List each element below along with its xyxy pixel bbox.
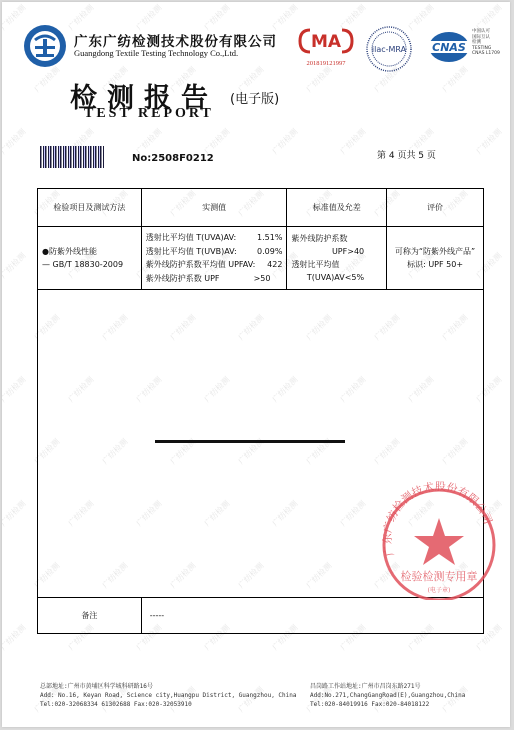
remarks-label: 备注 [38,598,142,634]
measured-line: 紫外线防护系数 UPF>50 [146,272,283,286]
company-name-cn: 广东广纺检测技术股份有限公司 [74,30,277,50]
svg-text:检验检测专用章: 检验检测专用章 [401,569,478,583]
measured-cell: 透射比平均值 T(UVA)AV:1.51% 透射比平均值 T(UVB)AV:0.… [141,227,287,290]
page-indicator: 第 4 页共 5 页 [377,148,436,161]
evaluation-cell: 可称为“防紫外线产品” 标识: UPF 50+ [387,227,484,290]
table-header-row: 检验项目及测试方法 实测值 标准值及允差 评价 [38,189,484,227]
measured-line: 透射比平均值 T(UVB)AV:0.09% [146,245,283,259]
ilac-mra-logo-icon: ilac-MRA [364,24,414,78]
remarks-value: ----- [141,598,483,634]
footer-workstation: 昌岗路工作站地址:广州市昌岗东路271号 Add:No.271,ChangGan… [310,682,465,709]
remarks-row: 备注 ----- [38,598,484,634]
measured-line: 紫外线防护系数平均值 UPFAV:422 [146,258,283,272]
svg-text:(电子章): (电子章) [428,586,451,594]
report-title-sub: (电子版) [230,88,279,107]
official-seal-icon: 广东广纺检测技术股份有限公司 检验检测专用章 (电子章) [374,480,504,600]
header-evaluation: 评价 [387,189,484,227]
report-page: 广纺检测广纺检测广纺检测广纺检测广纺检测广纺检测广纺检测广纺检测广纺检测广纺检测… [2,2,510,727]
company-logo-icon [22,23,68,69]
end-of-report-line [155,440,345,443]
svg-text:CNAS: CNAS [432,41,466,54]
table-row: ●防紫外线性能 — GB/T 18830-2009 透射比平均值 T(UVA)A… [38,227,484,290]
cma-logo-icon: MA 201819121997 [298,26,354,67]
header-test-item: 检验项目及测试方法 [38,189,142,227]
company-name-en: Guangdong Textile Testing Technology Co.… [74,48,238,58]
cnas-logo-icon: CNAS [427,30,471,68]
svg-text:ilac-MRA: ilac-MRA [372,45,407,54]
report-title-en: TEST REPORT [84,106,214,122]
cnas-accreditation-text: 中国认可 国际互认 检测 TESTING CNAS L1709 [472,29,500,57]
measured-line: 透射比平均值 T(UVA)AV:1.51% [146,231,283,245]
cma-number: 201819121997 [298,60,354,67]
report-number: No:2508F0212 [132,153,214,164]
barcode [40,146,104,168]
header-standard: 标准值及允差 [287,189,387,227]
test-item-name: ●防紫外线性能 [42,245,137,258]
test-item-method: — GB/T 18830-2009 [42,258,137,271]
standard-cell: 紫外线防护系数 UPF>40 透射比平均值 T(UVA)AV<5% [287,227,387,290]
header-measured: 实测值 [141,189,287,227]
footer-headquarters: 总部地址:广州市黄埔区科学城科研路16号 Add: No.16, Keyan R… [40,682,296,709]
test-item-cell: ●防紫外线性能 — GB/T 18830-2009 [38,227,142,290]
svg-text:MA: MA [311,32,342,52]
